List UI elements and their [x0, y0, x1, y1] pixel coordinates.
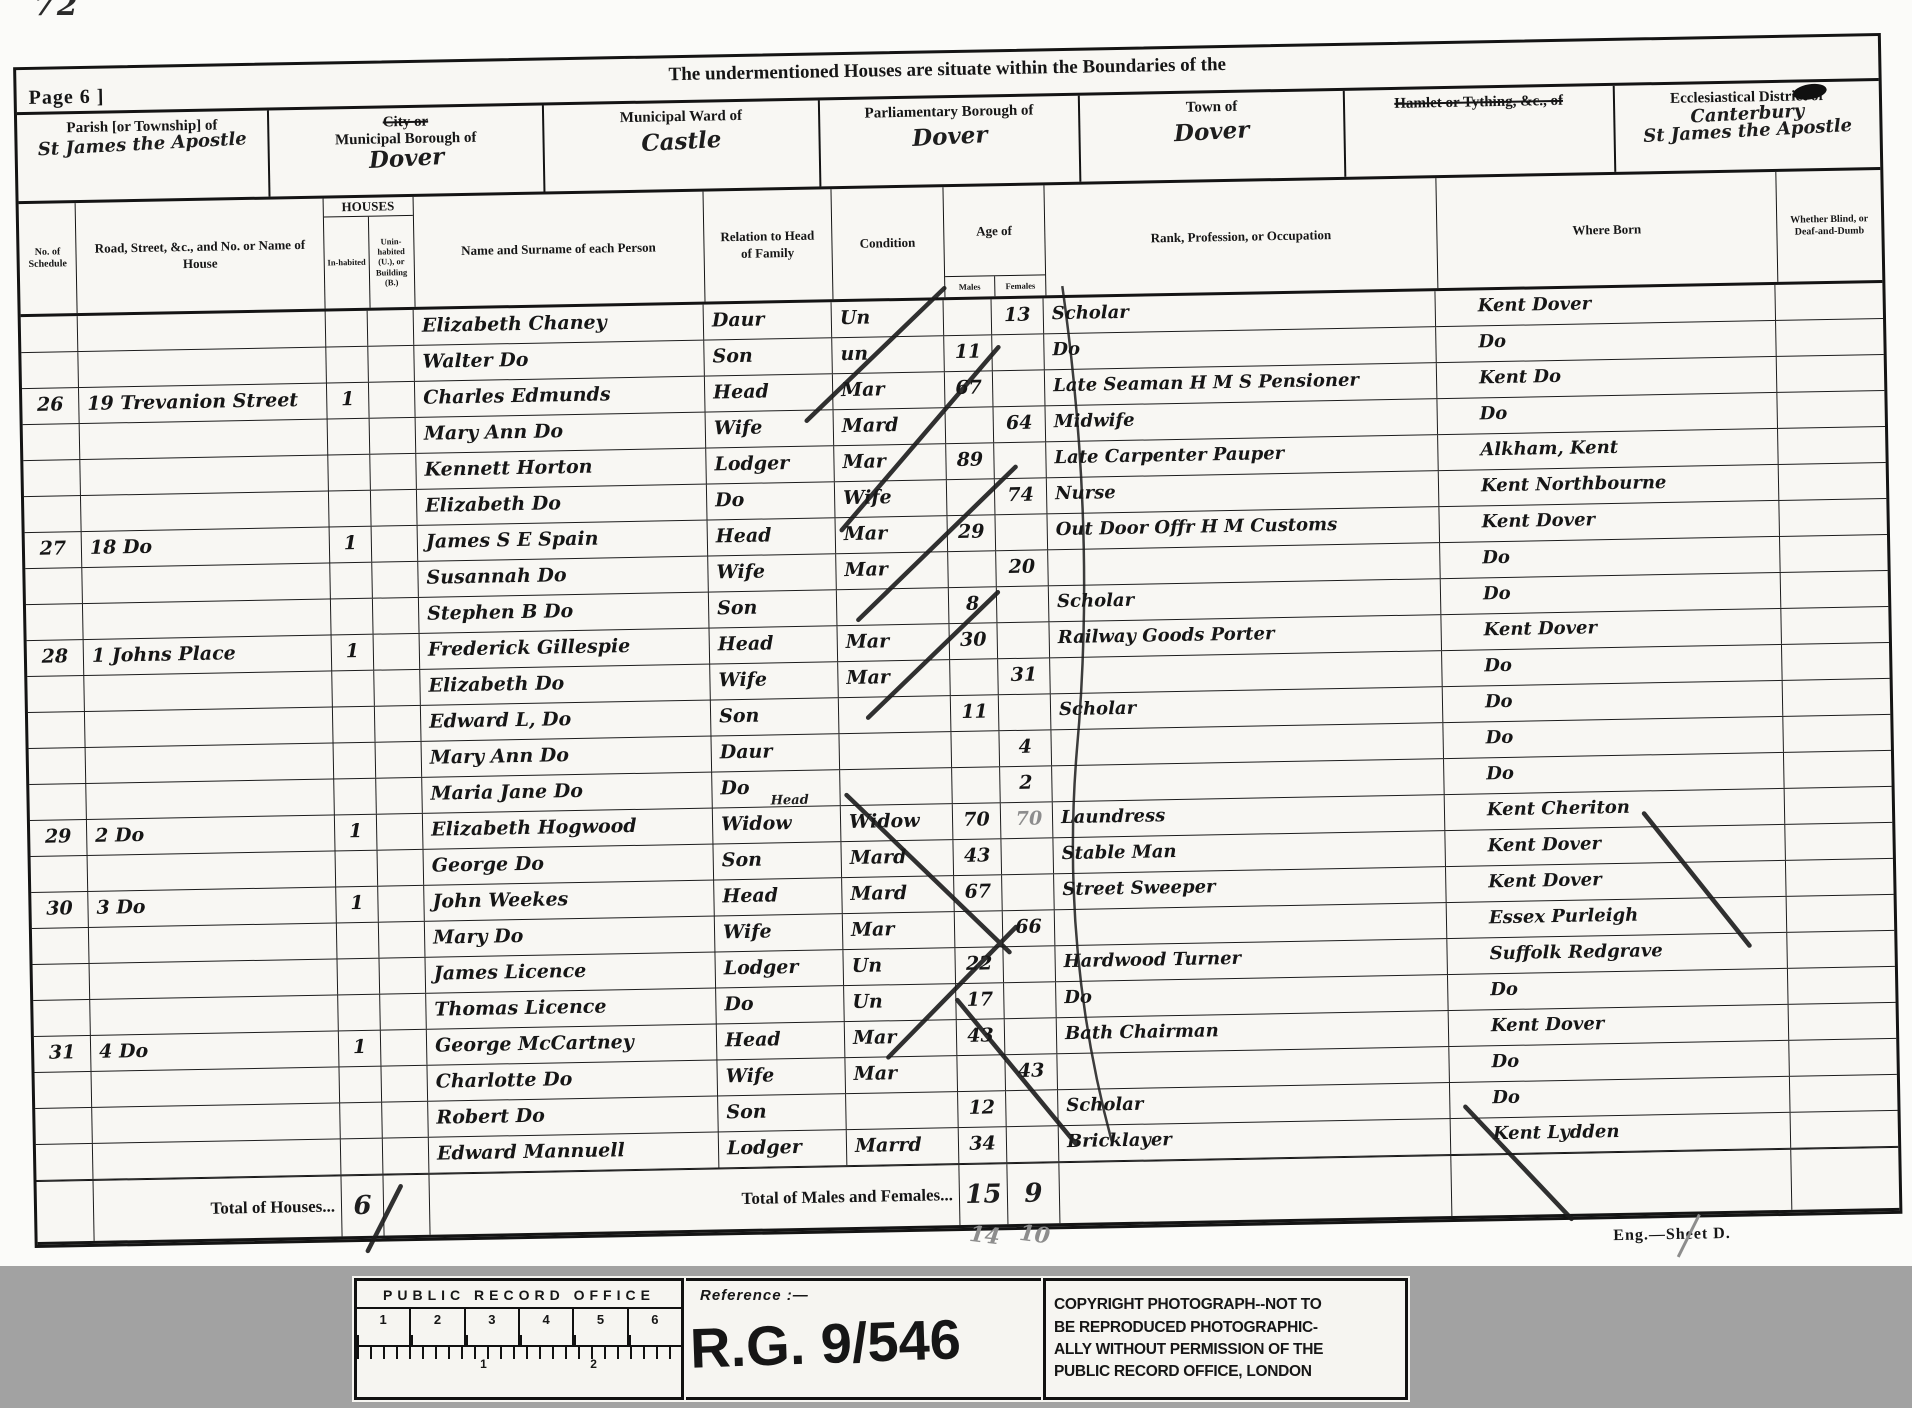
cell-road: [79, 420, 328, 460]
cell-age_m: 30: [948, 623, 997, 659]
cell-blind: [1788, 1003, 1897, 1040]
cell-condition: Un: [842, 948, 955, 985]
cell-born: Do: [1443, 753, 1784, 794]
cell-born: Kent Dover: [1434, 285, 1775, 326]
cell-name: Robert Do: [427, 1096, 718, 1136]
cell-schedule: [26, 604, 83, 640]
cell-blind: [1776, 355, 1885, 392]
cell-age_m: 43: [956, 1019, 1005, 1055]
totals-uninhabited-cell: [382, 1175, 429, 1236]
reference-value: R.G. 9/546: [689, 1306, 962, 1380]
cell-road: 4 Do: [90, 1031, 339, 1071]
col-relation: Relation to Head of Family: [702, 189, 832, 301]
cell-occupation: Scholar: [1048, 579, 1441, 621]
totals-males-pencil: 14: [967, 1221, 1001, 1251]
cell-occupation: Nurse: [1046, 471, 1439, 513]
copyright-box: COPYRIGHT PHOTOGRAPH--NOT TO BE REPRODUC…: [1043, 1278, 1408, 1400]
totals-blind-cell: [1790, 1148, 1899, 1210]
cell-inh: [338, 1067, 381, 1103]
cell-age_f: [991, 334, 1044, 370]
cell-condition: Marrd: [846, 1128, 959, 1165]
cell-road: [92, 1139, 341, 1179]
cell-condition: un: [831, 336, 944, 373]
cell-inh: 1: [331, 635, 374, 671]
cell-condition: [838, 732, 951, 769]
col-road: Road, Street, &c., and No. or Name of Ho…: [75, 199, 325, 314]
cell-blind: [1780, 607, 1889, 644]
cell-uninh: [369, 418, 416, 454]
cell-road: [85, 779, 334, 819]
cell-age_f: [1000, 838, 1053, 874]
cell-name: John Weekes: [423, 881, 714, 921]
ruler-in-2: 2: [590, 1357, 597, 1371]
cell-blind: [1783, 751, 1892, 788]
cell-inh: [327, 419, 370, 455]
ruler-cm-scale: 1 2 3 4 5 6: [357, 1309, 681, 1347]
cell-relation: Daur: [703, 302, 832, 339]
cell-age_m: 67: [953, 875, 1002, 911]
cell-inh: 1: [326, 383, 369, 419]
census-sheet: Page 6 ] The undermentioned Houses are s…: [13, 33, 1903, 1274]
cell-age_f: 66: [1002, 910, 1055, 946]
cell-road: [80, 492, 329, 532]
cell-road: [88, 923, 337, 963]
cell-blind: [1784, 787, 1893, 824]
cell-born: Do: [1436, 393, 1777, 434]
cell-inh: [340, 1139, 383, 1175]
cell-age_f: [1001, 874, 1054, 910]
cell-age_m: 67: [944, 371, 993, 407]
cell-schedule: 28: [27, 640, 84, 676]
cell-born: Do: [1442, 717, 1783, 758]
cell-occupation: [1054, 903, 1447, 945]
cell-road: [77, 348, 326, 388]
cell-blind: [1786, 931, 1895, 968]
census-rows: Elizabeth ChaneyDaurUn13ScholarKent Dove…: [21, 283, 1899, 1181]
col-inhabited-label: In-habited: [324, 217, 369, 309]
cell-born: Kent Dover: [1445, 861, 1786, 902]
cell-born: Suffolk Redgrave: [1446, 933, 1787, 974]
cell-inh: [331, 671, 374, 707]
cell-name: Charles Edmunds: [414, 377, 705, 417]
cell-uninh: [382, 1138, 429, 1174]
cell-age_f: [996, 586, 1049, 622]
cell-blind: [1780, 571, 1889, 608]
cell-name: James Licence: [424, 953, 715, 993]
cell-schedule: [33, 1000, 90, 1036]
cell-road: [84, 707, 333, 747]
cell-occupation: [1049, 651, 1442, 693]
cell-schedule: 31: [34, 1036, 91, 1072]
col-born-label: Where Born: [1572, 221, 1641, 239]
cell-schedule: [29, 748, 86, 784]
cell-age_m: [951, 767, 1000, 803]
cell-age_f: 4: [998, 730, 1051, 766]
cell-blind: [1778, 499, 1887, 536]
cell-born: Do: [1441, 645, 1782, 686]
pro-ruler: PUBLIC RECORD OFFICE 1 2 3 4 5 6 1 2: [354, 1278, 684, 1400]
cell-blind: [1790, 1111, 1899, 1148]
cell-relation: Wife: [705, 410, 834, 447]
cell-age_m: 11: [943, 335, 992, 371]
ruler-cm-1: 1: [357, 1309, 409, 1345]
cell-name: Elizabeth Chaney: [413, 305, 704, 345]
cell-uninh: [379, 994, 426, 1030]
cell-relation: Head: [716, 1022, 845, 1059]
cell-occupation: Street Sweeper: [1053, 867, 1446, 909]
cell-age_f: [1003, 982, 1056, 1018]
cell-road: [89, 995, 338, 1035]
totals-males-females-label-cell: Total of Males and Females...: [428, 1165, 959, 1235]
cell-age_m: [956, 1055, 1005, 1091]
col-age-label: Age of: [943, 185, 1045, 276]
cell-age_m: 29: [946, 515, 995, 551]
cell-condition: Un: [831, 300, 944, 337]
cell-road: [81, 564, 330, 604]
totals-houses-label: Total of Houses...: [94, 1196, 341, 1221]
col-males-label: Males: [945, 276, 995, 297]
cell-schedule: 29: [30, 820, 87, 856]
cell-schedule: [28, 712, 85, 748]
cell-inh: 1: [334, 815, 377, 851]
cell-road: [89, 959, 338, 999]
cell-age_f: [1004, 1018, 1057, 1054]
cell-age_f: 31: [997, 658, 1050, 694]
cell-inh: 1: [335, 887, 378, 923]
cell-inh: [325, 347, 368, 383]
cell-schedule: [31, 856, 88, 892]
cell-age_f: [992, 370, 1045, 406]
cell-age_m: 89: [945, 443, 994, 479]
cell-born: Kent Do: [1436, 357, 1777, 398]
cell-relation: Son: [712, 842, 841, 879]
cell-relation: Daur: [710, 734, 839, 771]
reference-label: Reference :—: [700, 1287, 809, 1304]
cell-schedule: [35, 1108, 92, 1144]
cell-uninh: [380, 1066, 427, 1102]
cell-condition: Mar: [836, 624, 949, 661]
col-name: Name and Surname of each Person: [412, 192, 704, 307]
cell-inh: [329, 563, 372, 599]
cell-blind: [1781, 643, 1890, 680]
cell-schedule: 27: [25, 532, 82, 568]
cell-condition: Mar: [835, 552, 948, 589]
cell-occupation: [1047, 543, 1440, 585]
col-blind-label: Whether Blind, or Deaf-and-Dumb: [1777, 213, 1881, 240]
pro-stamp-panel: PUBLIC RECORD OFFICE 1 2 3 4 5 6 1 2 Ref…: [352, 1276, 1410, 1402]
cell-age_f: [1006, 1126, 1059, 1162]
cell-schedule: [32, 928, 89, 964]
cell-road: 18 Do: [81, 528, 330, 568]
cell-name: Thomas Licence: [425, 989, 716, 1029]
cell-occupation: Railway Goods Porter: [1048, 615, 1441, 657]
cell-road: [87, 851, 336, 891]
cell-condition: Mard: [840, 840, 953, 877]
cell-blind: [1788, 1039, 1897, 1076]
cell-born: Kent Dover: [1444, 825, 1785, 866]
cell-uninh: [367, 346, 414, 382]
pencil-page-mark: 72: [34, 0, 80, 23]
cell-occupation: Do: [1043, 327, 1436, 369]
cell-schedule: [21, 352, 78, 388]
cell-schedule: [24, 496, 81, 532]
cell-born: Essex Purleigh: [1446, 897, 1787, 938]
cell-condition: [845, 1092, 958, 1129]
cell-name: Kennett Horton: [415, 449, 706, 489]
cell-born: Kent Northbourne: [1438, 465, 1779, 506]
cell-condition: Mar: [844, 1020, 957, 1057]
cell-age_m: 70: [952, 803, 1001, 839]
cell-road: [83, 671, 332, 711]
cell-schedule: [25, 568, 82, 604]
totals-females-value: 9: [1008, 1178, 1060, 1209]
cell-uninh: [370, 490, 417, 526]
cell-uninh: [372, 598, 419, 634]
cell-inh: [337, 995, 380, 1031]
col-relation-label: Relation to Head of Family: [704, 227, 832, 263]
cell-blind: [1789, 1075, 1898, 1112]
col-rank-label: Rank, Profession, or Occupation: [1151, 227, 1332, 247]
cell-road: [77, 312, 326, 352]
cell-age_m: [945, 407, 994, 443]
totals-males-cell: 15 14: [958, 1164, 1007, 1225]
cell-age_m: [943, 299, 992, 335]
cell-schedule: 30: [31, 892, 88, 928]
cell-age_m: 8: [948, 587, 997, 623]
cell-condition: Wife: [834, 480, 947, 517]
ruler-inch-scale: 1 2: [357, 1347, 681, 1397]
cell-blind: [1776, 391, 1885, 428]
cell-uninh: [375, 778, 422, 814]
col-uninhabited-label: Unin-habited (U.), or Building (B.): [368, 216, 414, 308]
cell-road: [79, 456, 328, 496]
cell-relation: Do: [706, 482, 835, 519]
cell-road: [82, 600, 331, 640]
cell-condition: Widow: [840, 804, 953, 841]
cell-occupation: Midwife: [1044, 399, 1437, 441]
cell-occupation: Late Seaman H M S Pensioner: [1044, 363, 1437, 405]
cell-age_m: 12: [957, 1091, 1006, 1127]
cell-uninh: [377, 886, 424, 922]
cell-inh: [330, 599, 373, 635]
col-schedule: No. of Schedule: [19, 203, 77, 314]
cell-name: George Do: [423, 845, 714, 885]
cell-name: Elizabeth Do: [419, 665, 710, 705]
cell-age_f: 13: [991, 298, 1044, 334]
cell-age_f: 20: [995, 550, 1048, 586]
cell-relation: Wife: [714, 914, 843, 951]
cell-age_f: [998, 694, 1051, 730]
cell-condition: Un: [843, 984, 956, 1021]
col-females-label: Females: [994, 275, 1045, 296]
cell-born: Kent Dover: [1438, 501, 1779, 542]
cell-age_m: 17: [955, 983, 1004, 1019]
cell-occupation: Hardwood Turner: [1054, 939, 1447, 981]
totals-born-cell: [1450, 1150, 1791, 1216]
pro-office-title: PUBLIC RECORD OFFICE: [357, 1281, 681, 1309]
cell-born: Alkham, Kent: [1437, 429, 1778, 470]
cell-age_f: 64: [992, 406, 1045, 442]
copyright-line-3: ALLY WITHOUT PERMISSION OF THE: [1054, 1339, 1397, 1361]
cell-age_f: [996, 622, 1049, 658]
cell-relation: Lodger: [714, 950, 843, 987]
cell-inh: [335, 851, 378, 887]
cell-relation: WidowHead: [712, 806, 841, 843]
copyright-line-4: PUBLIC RECORD OFFICE, LONDON: [1054, 1361, 1397, 1383]
cell-name: Mary Ann Do: [415, 413, 706, 453]
cell-schedule: [35, 1072, 92, 1108]
cell-name: Mary Ann Do: [421, 737, 712, 777]
cell-blind: [1779, 535, 1888, 572]
cell-age_f: 2: [999, 766, 1052, 802]
col-schedule-l2: Schedule: [28, 258, 67, 271]
cell-uninh: [380, 1030, 427, 1066]
cell-occupation: Late Carpenter Pauper: [1045, 435, 1438, 477]
cell-age_m: 11: [950, 695, 999, 731]
totals-schedule-cell: [37, 1181, 94, 1242]
cell-road: 3 Do: [87, 887, 336, 927]
cell-occupation: Scholar: [1057, 1083, 1450, 1125]
cell-name: Edward L, Do: [420, 701, 711, 741]
col-houses-label: HOUSES: [324, 197, 413, 218]
cell-relation: Lodger: [718, 1130, 847, 1167]
totals-houses-label-cell: Total of Houses...: [93, 1176, 342, 1241]
cell-occupation: [1051, 759, 1444, 801]
cell-name: Walter Do: [413, 341, 704, 381]
totals-occupation-cell: [1058, 1156, 1451, 1223]
field-parish: Parish [or Township] of St James the Apo…: [17, 111, 268, 202]
cell-occupation: [1050, 723, 1443, 765]
cell-age_m: [947, 551, 996, 587]
cell-uninh: [378, 958, 425, 994]
cell-condition: Mar: [842, 912, 955, 949]
cell-occupation: [1056, 1047, 1449, 1089]
cell-born: Do: [1440, 573, 1781, 614]
cell-age_m: [946, 479, 995, 515]
cell-road: 1 Johns Place: [83, 635, 332, 675]
cell-inh: [327, 455, 370, 491]
cell-schedule: [27, 676, 84, 712]
cell-born: Kent Cheriton: [1444, 789, 1785, 830]
totals-houses-value-cell: 6: [340, 1176, 383, 1237]
cell-condition: [838, 696, 951, 733]
cell-relation: Head: [707, 518, 836, 555]
cell-uninh: [374, 706, 421, 742]
totals-males-value: 15: [960, 1179, 1008, 1210]
cell-relation: Son: [708, 590, 837, 627]
cell-uninh: [367, 310, 414, 346]
totals-males-females-label: Total of Males and Females...: [430, 1185, 959, 1215]
cell-uninh: [376, 814, 423, 850]
cell-born: Do: [1448, 1041, 1789, 1082]
cell-age_m: [949, 659, 998, 695]
cell-relation: Son: [703, 338, 832, 375]
cell-age_f: [994, 514, 1047, 550]
cell-road: [85, 743, 334, 783]
cell-condition: Mar: [833, 444, 946, 481]
cell-condition: Mar: [844, 1056, 957, 1093]
census-sheet-border: Page 6 ] The undermentioned Houses are s…: [13, 33, 1902, 1248]
relation-correction-note: Head: [771, 794, 809, 808]
ruler-cm-3: 3: [464, 1309, 518, 1345]
cell-schedule: [29, 784, 86, 820]
cell-uninh: [378, 922, 425, 958]
copyright-line-1: COPYRIGHT PHOTOGRAPH--NOT TO: [1054, 1294, 1397, 1316]
cell-condition: [836, 588, 949, 625]
ruler-in-1: 1: [480, 1357, 487, 1371]
cell-uninh: [377, 850, 424, 886]
cell-born: Kent Dover: [1448, 1005, 1789, 1046]
cell-schedule: 26: [22, 388, 79, 424]
cell-name: Elizabeth Do: [416, 485, 707, 525]
cell-age_m: [950, 731, 999, 767]
cell-uninh: [369, 454, 416, 490]
field-hamlet-label: Hamlet or Tything, &c., of: [1345, 92, 1613, 114]
cell-age_m: [954, 911, 1003, 947]
cell-occupation: Stable Man: [1052, 831, 1445, 873]
cell-blind: [1786, 895, 1895, 932]
cell-name: George McCartney: [426, 1025, 717, 1065]
ruler-cm-5: 5: [572, 1309, 626, 1345]
cell-schedule: [23, 460, 80, 496]
field-municipal-borough: City or Municipal Borough of Dover: [266, 106, 543, 197]
cell-blind: [1782, 715, 1891, 752]
cell-condition: [839, 768, 952, 805]
cell-road: 2 Do: [86, 815, 335, 855]
cell-born: Do: [1447, 969, 1788, 1010]
cell-name: Charlotte Do: [426, 1060, 717, 1100]
col-condition-label: Condition: [859, 234, 915, 252]
cell-age_f: 74: [994, 478, 1047, 514]
cell-relation: Wife: [716, 1058, 845, 1095]
cell-condition: Mard: [841, 876, 954, 913]
totals-females-cell: 9 10: [1006, 1163, 1059, 1224]
cell-blind: [1785, 859, 1894, 896]
cell-name: James S E Spain: [417, 521, 708, 561]
cell-age_f: [1005, 1090, 1058, 1126]
cell-inh: [332, 707, 375, 743]
cell-born: Do: [1442, 681, 1783, 722]
cell-road: 19 Trevanion Street: [78, 384, 327, 424]
cell-blind: [1778, 463, 1887, 500]
col-born: Where Born: [1435, 172, 1777, 288]
field-municipal-ward: Municipal Ward of Castle: [542, 100, 819, 191]
cell-inh: [328, 491, 371, 527]
cell-condition: Mar: [832, 372, 945, 409]
cell-inh: [339, 1103, 382, 1139]
cell-blind: [1777, 427, 1886, 464]
cell-uninh: [371, 526, 418, 562]
cell-inh: 1: [338, 1031, 381, 1067]
cell-inh: [333, 743, 376, 779]
cell-age_m: 43: [952, 839, 1001, 875]
cell-born: Do: [1449, 1077, 1790, 1118]
cell-born: Kent Lydden: [1450, 1113, 1791, 1154]
field-ecclesiastical: Ecclesiastical District of Canterbury St…: [1612, 81, 1880, 172]
cell-schedule: [33, 964, 90, 1000]
cell-condition: Mar: [835, 516, 948, 553]
pencil-age-note: 70: [1016, 807, 1043, 829]
ruler-cm-2: 2: [409, 1309, 463, 1345]
col-schedule-l1: No. of: [35, 246, 61, 259]
cell-name: Susannah Do: [417, 557, 708, 597]
cell-blind: [1787, 967, 1896, 1004]
cell-relation: Head: [709, 626, 838, 663]
cell-relation: Son: [717, 1094, 846, 1131]
cell-relation: Lodger: [705, 446, 834, 483]
cell-age_f: 70: [1000, 802, 1053, 838]
cell-occupation: Scholar: [1050, 687, 1443, 729]
